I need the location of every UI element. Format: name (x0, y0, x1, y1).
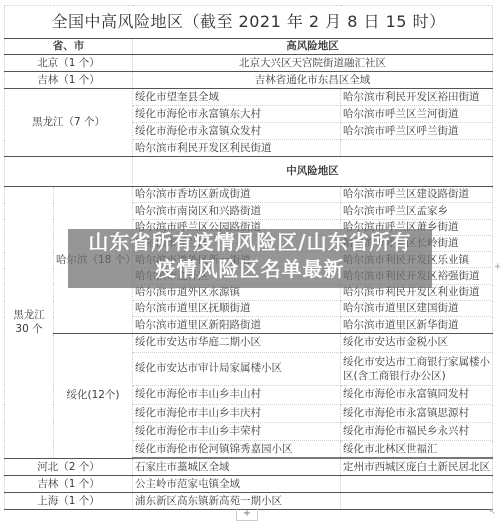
title-row: 全国中高风险地区（截至 2021 年 2 月 8 日 15 时） (5, 6, 493, 39)
header-row: 省、市 高风险地区 (5, 39, 493, 55)
area-cell: 绥化市海伦市永富镇众发村 (133, 123, 341, 140)
table-row: 黑龙江 30 个 哈尔滨（18 个） 哈尔滨市香坊区新成街道 哈尔滨市呼兰区建设… (5, 187, 493, 203)
table-title: 全国中高风险地区（截至 2021 年 2 月 8 日 15 时） (5, 6, 493, 39)
header-high-risk: 高风险地区 (133, 39, 493, 55)
area-cell (341, 493, 493, 510)
area-cell: 绥化市海伦市丰山乡丰荣村 (133, 422, 341, 440)
medium-risk-header-row: 中风险地区 (5, 157, 493, 187)
area-cell: 哈尔滨市南岗区和兴路街道 (133, 203, 341, 219)
area-cell: 绥化市望奎县全域 (133, 89, 341, 106)
headline-text: 山东省所有疫情风险区/山东省所有 疫情风险区名单最新 (68, 229, 432, 283)
headline-line-1: 山东省所有疫情风险区/山东省所有 (68, 229, 432, 256)
area-cell (341, 476, 493, 493)
area-cell: 绥化市安达市金税小区 (341, 333, 493, 352)
area-cell: 石家庄市藁城区全域 (133, 458, 341, 476)
header-medium-risk: 中风险地区 (133, 157, 493, 187)
area-cell: 吉林省通化市东昌区全域 (133, 72, 493, 89)
area-cell: 北京大兴区天宫院街道融汇社区 (133, 55, 493, 72)
table-row: 吉林（1 个） 吉林省通化市东昌区全域 (5, 72, 493, 89)
table-row: 河北（2 个） 石家庄市藁城区全域 定州市西城区庞白土新民居北区 (5, 458, 493, 476)
area-cell: 定州市西城区庞白土新民居北区 (341, 458, 493, 476)
area-cell: 公主岭市范家屯镇全域 (133, 476, 341, 493)
area-cell: 哈尔滨市呼兰区呼兰街道 (341, 123, 493, 140)
area-cell: 绥化市海伦市丰山乡丰庆村 (133, 404, 341, 422)
area-cell: 绥化市海伦市伦河镇锦秀嘉园小区 (133, 440, 341, 458)
area-cell (341, 140, 493, 157)
empty-cell (5, 157, 133, 187)
area-cell: 哈尔滨市道里区建国街道 (341, 301, 493, 317)
province-hebei: 河北（2 个） (5, 458, 133, 476)
plus-icon: + (494, 262, 500, 272)
area-cell: 绥化市海伦市福民乡永兴村 (341, 422, 493, 440)
table-row: 绥化(12个) 绥化市安达市华庭二期小区 绥化市安达市金税小区 (5, 333, 493, 352)
province-heilongjiang: 黑龙江（7 个） (5, 89, 133, 157)
area-cell: 哈尔滨市道里区抚顺街道 (133, 301, 341, 317)
area-cell: 绥化市安达市华庭二期小区 (133, 333, 341, 352)
table-row: 北京（1 个） 北京大兴区天宫院街道融汇社区 (5, 55, 493, 72)
table-row: 黑龙江（7 个） 绥化市望奎县全域 哈尔滨市利民开发区裕田街道 (5, 89, 493, 106)
area-cell: 哈尔滨市利民开发区裕田街道 (341, 89, 493, 106)
area-cell: 哈尔滨市利民开发区利民街道 (133, 140, 341, 157)
area-cell: 绥化市北林区世福汇 (341, 440, 493, 458)
area-cell: 哈尔滨市呼兰区孟家乡 (341, 203, 493, 219)
area-cell: 绥化市安达市审计局家属楼小区 (133, 352, 341, 385)
province-beijing: 北京（1 个） (5, 55, 133, 72)
area-cell: 绥化市海伦市永富镇思源村 (341, 404, 493, 422)
area-cell: 绥化市海伦市永富镇东大村 (133, 106, 341, 123)
area-cell: 哈尔滨市呼兰区兰河街道 (341, 106, 493, 123)
area-cell: 哈尔滨市呼兰区建设路街道 (341, 187, 493, 203)
area-cell: 绥化市海伦市永富镇同发村 (341, 385, 493, 404)
area-cell: 哈尔滨市道里区新华街道 (341, 317, 493, 333)
area-cell: 绥化市海伦市丰山乡丰山村 (133, 385, 341, 404)
province-jilin-medium: 吉林（1 个） (5, 476, 133, 493)
headline-line-2: 疫情风险区名单最新 (68, 256, 432, 283)
province-heilongjiang-medium: 黑龙江 30 个 (5, 187, 54, 459)
add-sheet-button[interactable]: + (236, 508, 258, 521)
resize-corner-icon[interactable]: ↖ (489, 507, 496, 516)
city-suihua: 绥化(12个) (54, 333, 133, 458)
area-cell: 绥化市安达市工商银行家属楼小区(含工商银行办公区) (341, 352, 493, 385)
area-cell: 哈尔滨市香坊区新成街道 (133, 187, 341, 203)
header-province: 省、市 (5, 39, 133, 55)
area-cell: 哈尔滨市道里区新阳路街道 (133, 317, 341, 333)
province-shanghai: 上海（1 个） (5, 493, 133, 510)
table-row: 吉林（1 个） 公主岭市范家屯镇全域 (5, 476, 493, 493)
province-jilin: 吉林（1 个） (5, 72, 133, 89)
